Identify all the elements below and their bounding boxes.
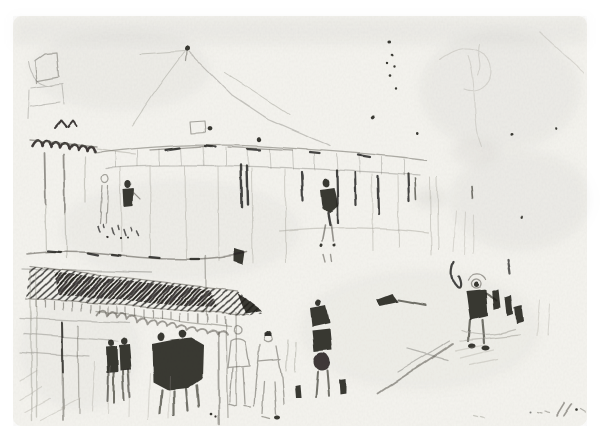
rider-head bbox=[474, 282, 479, 288]
tone-patch bbox=[450, 150, 590, 250]
sketch-image bbox=[0, 0, 600, 440]
stall-pole-dark bbox=[62, 322, 63, 372]
tone-patch bbox=[60, 180, 300, 280]
tone-patch bbox=[30, 30, 210, 110]
figure-head bbox=[323, 179, 330, 188]
dark-dot bbox=[207, 127, 212, 132]
figure-b-foot bbox=[274, 415, 280, 419]
figure-head bbox=[125, 180, 131, 188]
tone-patch bbox=[300, 270, 540, 390]
figure-body bbox=[123, 188, 134, 207]
tone-patch bbox=[420, 30, 580, 150]
sketch-canvas bbox=[0, 0, 600, 440]
dark-dot bbox=[257, 138, 261, 142]
tone-patch bbox=[451, 139, 499, 165]
